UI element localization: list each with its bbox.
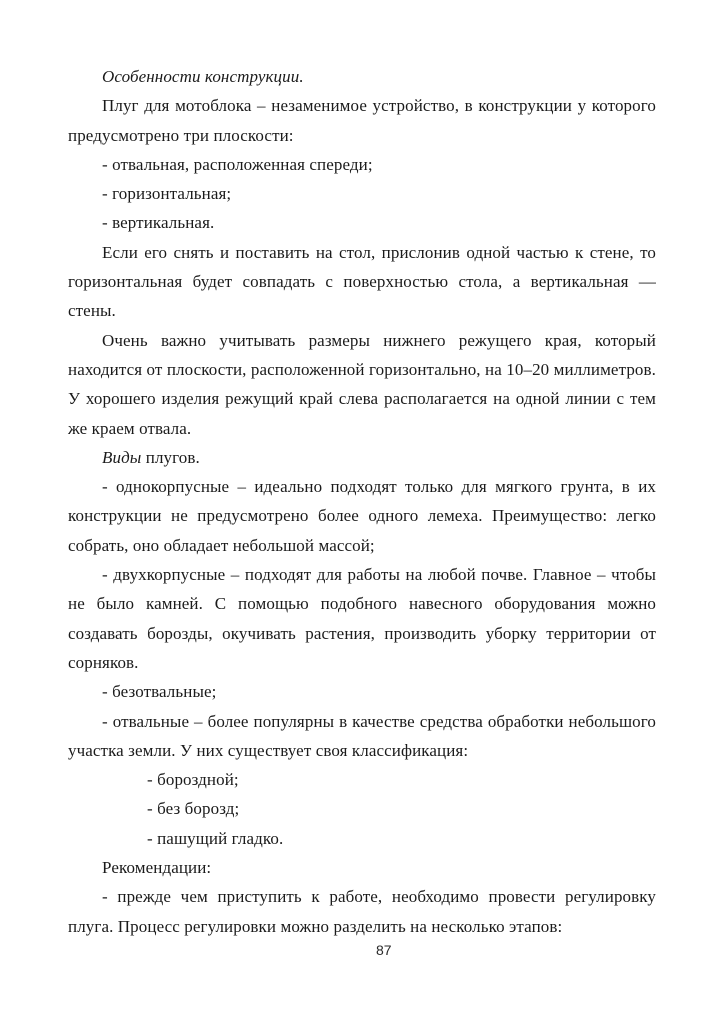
list-item-vertikalnaya: - вертикальная. [68, 208, 656, 237]
section-heading-plow-types: Виды плугов. [68, 443, 656, 472]
heading-italic-lead: Виды [102, 448, 141, 467]
list-item-otvalnaya: - отвальная, расположенная спереди; [68, 150, 656, 179]
paragraph-adjustment-before-work: - прежде чем приступить к работе, необхо… [68, 882, 656, 941]
document-page: Особенности конструкции. Плуг для мотобл… [0, 0, 724, 1024]
heading-rest: плугов. [141, 448, 199, 467]
paragraph-recommendations-heading: Рекомендации: [68, 853, 656, 882]
paragraph-cutting-edge-sizes: Очень важно учитывать размеры нижнего ре… [68, 326, 656, 443]
sub-list-item-borozdnoy: - бороздной; [68, 765, 656, 794]
sub-list-item-pashushchiy-gladko: - пашущий гладко. [68, 824, 656, 853]
section-heading-construction-features: Особенности конструкции. [68, 62, 656, 91]
list-item-otvalnye: - отвальные – более популярны в качестве… [68, 707, 656, 766]
list-item-bezotvalnye: - безотвальные; [68, 677, 656, 706]
document-body: Особенности конструкции. Плуг для мотобл… [68, 62, 656, 941]
page-number: 87 [376, 942, 392, 958]
paragraph-plow-intro: Плуг для мотоблока – незаменимое устройс… [68, 91, 656, 150]
list-item-double-body-plows: - двухкорпусные – подходят для работы на… [68, 560, 656, 677]
list-item-single-body-plows: - однокорпусные – идеально подходят толь… [68, 472, 656, 560]
paragraph-table-wall-explanation: Если его снять и поставить на стол, прис… [68, 238, 656, 326]
list-item-gorizontalnaya: - горизонтальная; [68, 179, 656, 208]
sub-list-item-bez-borozd: - без борозд; [68, 794, 656, 823]
